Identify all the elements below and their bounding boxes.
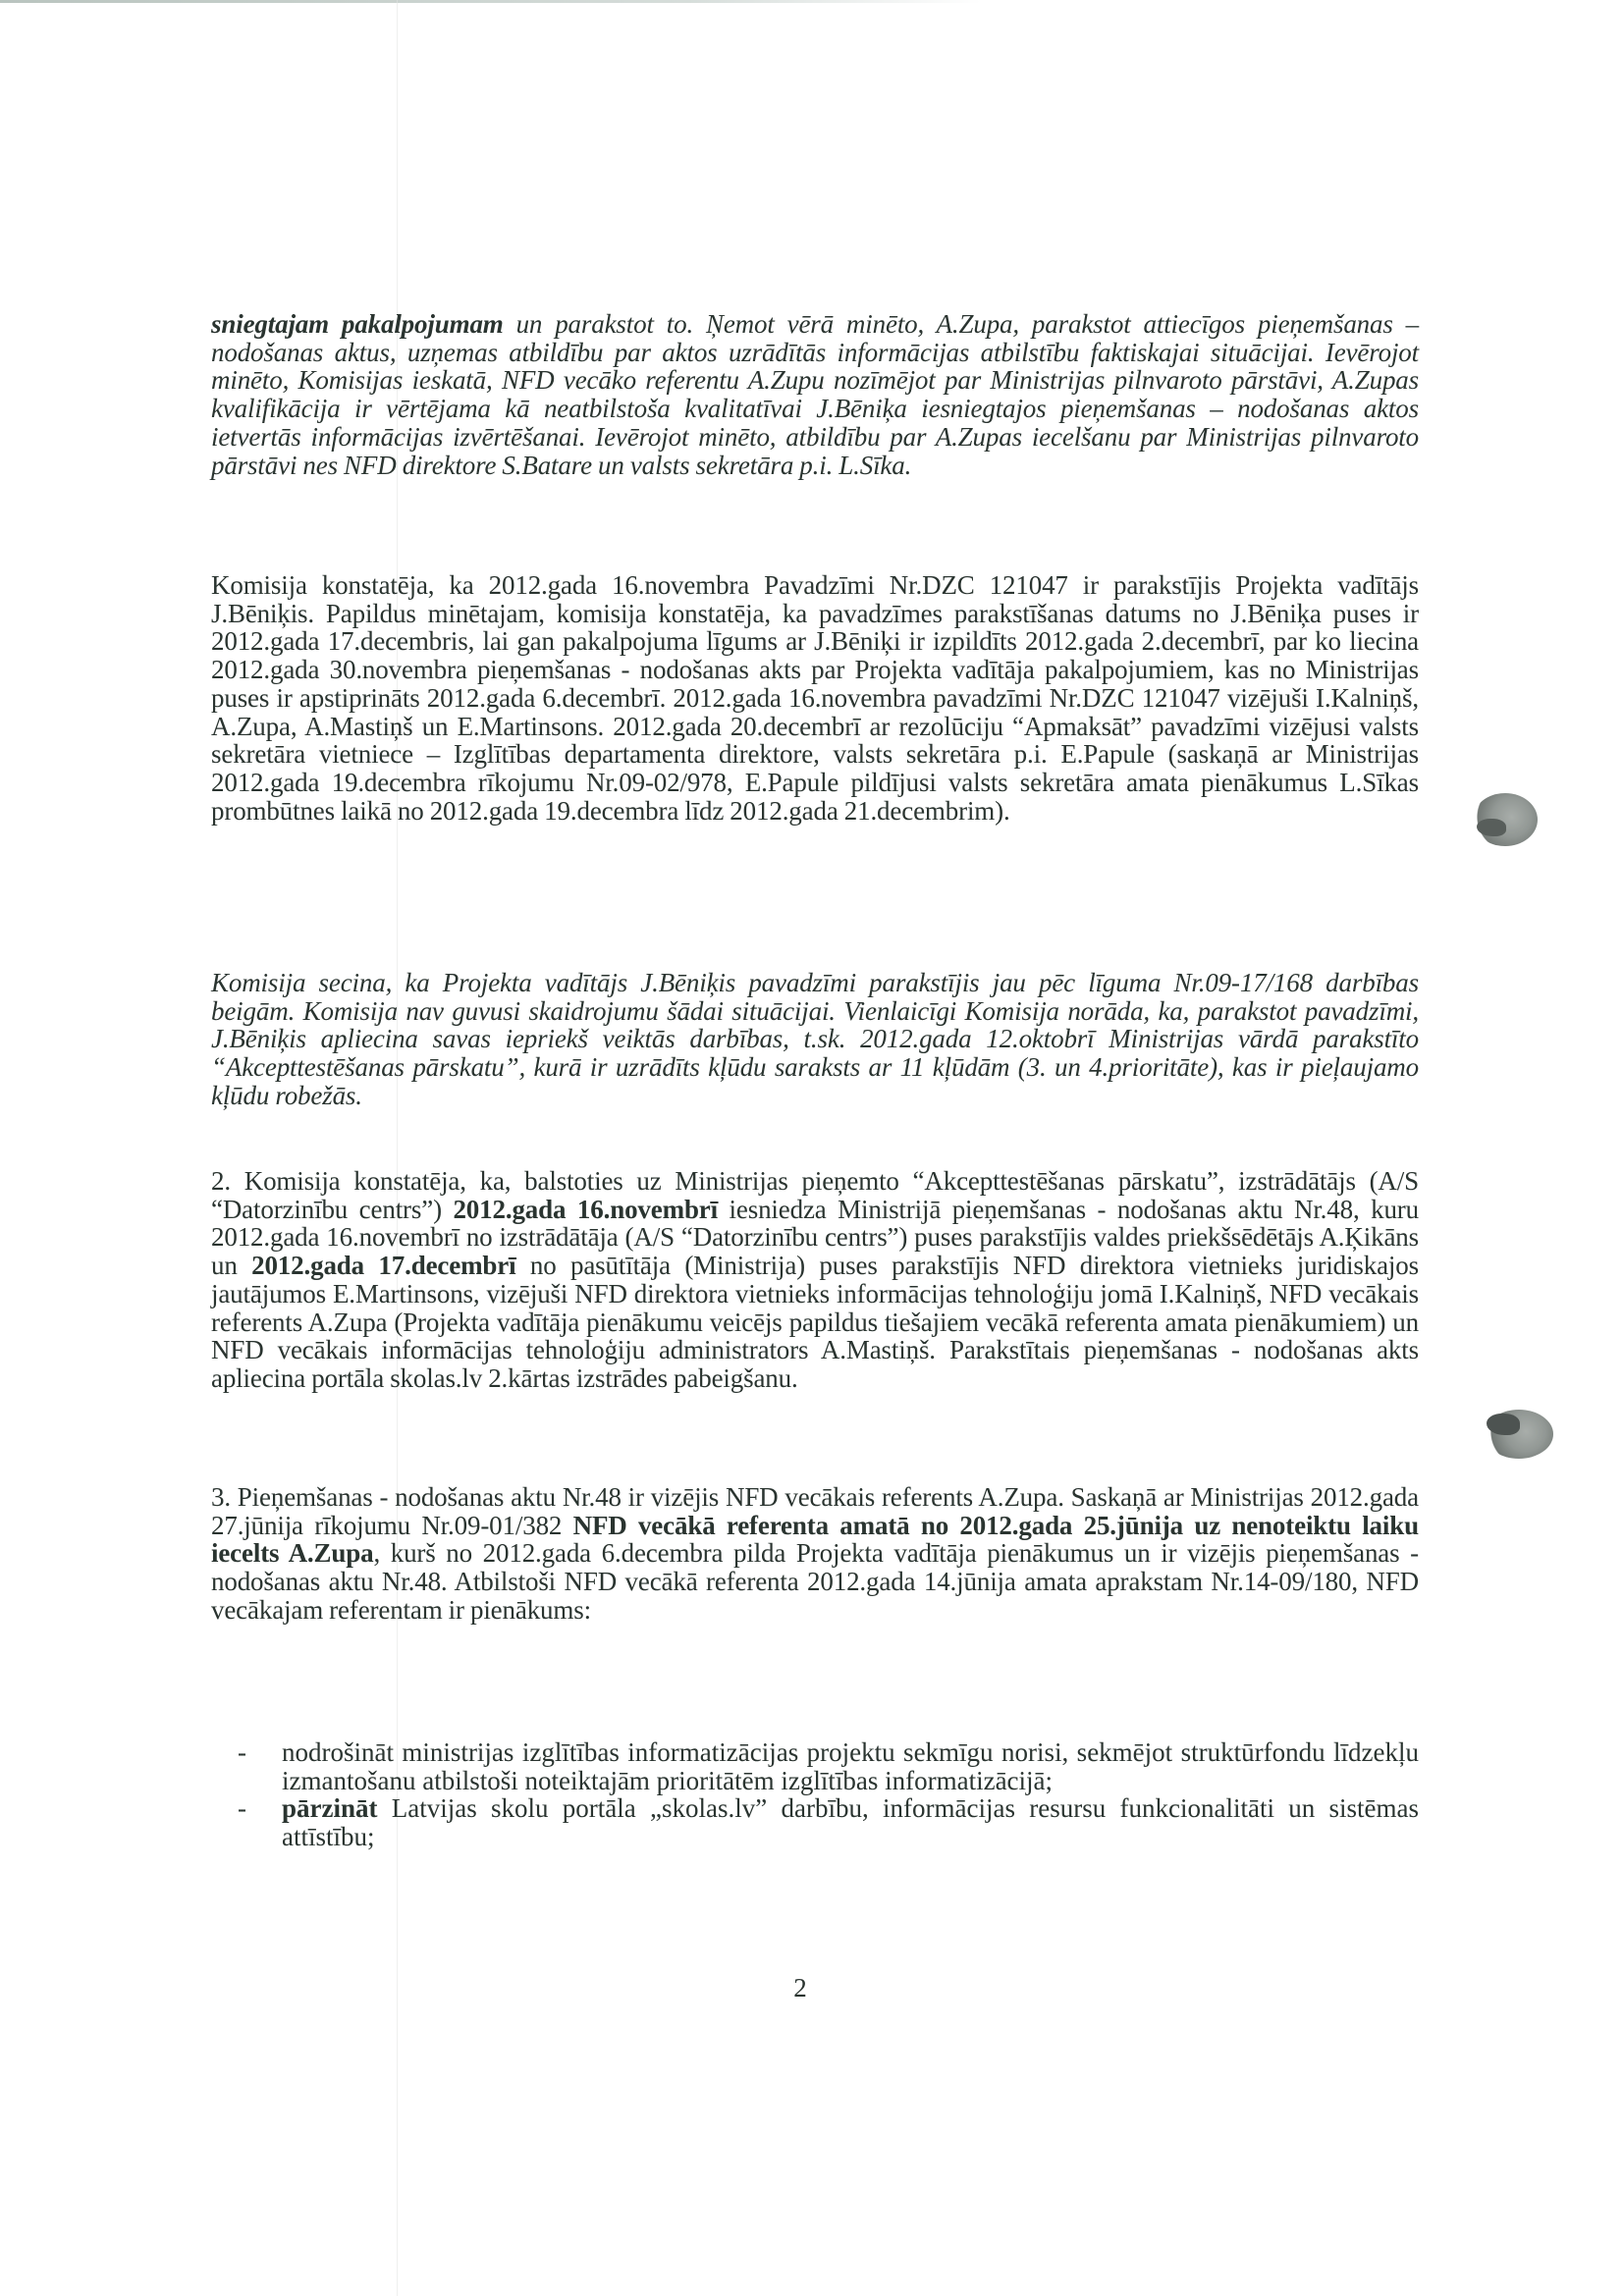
bold-date-span: 2012.gada 16.novembrī: [453, 1195, 718, 1224]
paragraph-p3: Komisija secina, ka Projekta vadītājs J.…: [211, 969, 1419, 1110]
document-page: sniegtajam pakalpojumam un parakstot to.…: [0, 0, 1623, 2296]
list-item-text: nodrošināt ministrijas izglītības inform…: [282, 1737, 1419, 1795]
punch-hole-stain-icon: [1473, 793, 1538, 846]
list-item-text: Latvijas skolu portāla „skolas.lv” darbī…: [282, 1793, 1419, 1851]
paragraph-p4-section-2: 2. Komisija konstatēja, ka, balstoties u…: [211, 1167, 1419, 1393]
bold-date-span: 2012.gada 17.decembrī: [251, 1251, 515, 1280]
bold-span: sniegtajam pakalpojumam: [211, 309, 504, 339]
text-span: , kurš no 2012.gada 6.decembra pilda Pro…: [211, 1538, 1419, 1624]
bullet-dash: -: [238, 1738, 246, 1767]
text-span: Komisija konstatēja, ka 2012.gada 16.nov…: [211, 570, 1419, 826]
bullet-dash: -: [238, 1794, 246, 1823]
list-item-lead: pārzināt: [282, 1793, 378, 1823]
paragraph-p5-section-3: 3. Pieņemšanas - nodošanas aktu Nr.48 ir…: [211, 1483, 1419, 1625]
duties-list: - nodrošināt ministrijas izglītības info…: [211, 1738, 1419, 1851]
punch-hole-stain-icon: [1485, 1410, 1553, 1459]
paragraph-p2: Komisija konstatēja, ka 2012.gada 16.nov…: [211, 571, 1419, 825]
page-number: 2: [785, 1973, 815, 2002]
list-item: - nodrošināt ministrijas izglītības info…: [211, 1738, 1419, 1794]
text-span: Komisija secina, ka Projekta vadītājs J.…: [211, 968, 1419, 1110]
list-item: - pārzināt Latvijas skolu portāla „skola…: [211, 1794, 1419, 1850]
paragraph-p1: sniegtajam pakalpojumam un parakstot to.…: [211, 310, 1419, 479]
